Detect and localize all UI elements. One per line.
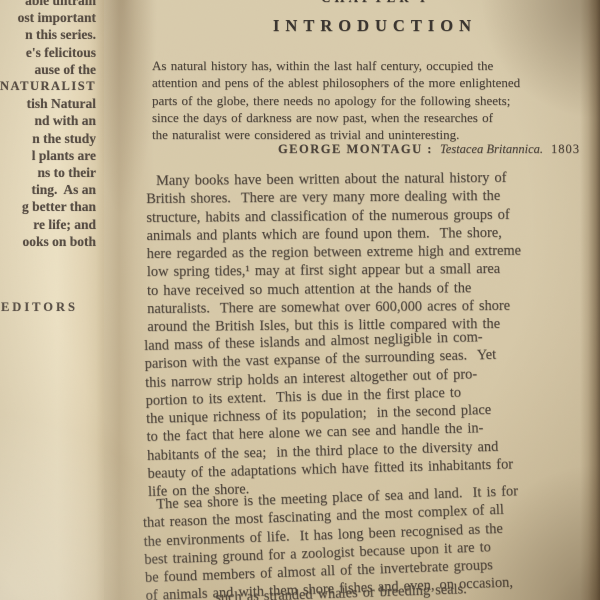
text-line: l plants are <box>0 147 96 164</box>
attribution-author: GEORGE MONTAGU : <box>278 142 433 156</box>
text-line: since the days of darkness are now past,… <box>152 109 590 126</box>
body-paragraph-1-top: Many books have been written about the n… <box>146 168 587 337</box>
body-paragraph-1-bottom: land mass of these islands and almost ne… <box>144 325 588 501</box>
text-line: ause of the <box>0 61 96 78</box>
facing-page-footer: EDITORS <box>0 300 78 315</box>
text-line: As natural history has, within the last … <box>152 57 590 74</box>
text-line: parts of the globe, there needs no apolo… <box>152 92 590 109</box>
book-page-photo: able untrainost importantn this series.e… <box>0 0 600 600</box>
text-line: the naturalist were considered as trivia… <box>152 126 590 143</box>
epigraph-attribution: GEORGE MONTAGU :Testacea Britannica.1803 <box>152 142 580 157</box>
attribution-work-title: Testacea Britannica. <box>440 142 543 156</box>
page-title: INTRODUCTION <box>150 16 600 36</box>
text-line: ting. As an <box>0 181 96 198</box>
text-line: tish Natural <box>0 95 96 112</box>
body-paragraph-2: The sea shore is the meeting place of se… <box>142 480 586 600</box>
attribution-year: 1803 <box>551 142 580 156</box>
text-line: n the study <box>0 130 96 147</box>
text-line: re life; and <box>0 216 96 233</box>
chapter-heading: CHAPTER I <box>150 0 600 6</box>
text-line: e's felicitous <box>0 44 96 61</box>
facing-page-text-fragments: able untrainost importantn this series.e… <box>0 0 96 250</box>
text-line: attention and pens of the ablest philoso… <box>152 74 590 91</box>
text-line: n this series. <box>0 26 96 43</box>
text-line: ns to their <box>0 164 96 181</box>
epigraph: As natural history has, within the last … <box>152 57 590 143</box>
text-line: ooks on both <box>0 233 96 250</box>
text-line: NATURALIST <box>0 78 96 95</box>
text-line: nd with an <box>0 112 96 129</box>
text-line: able untrain <box>0 0 96 9</box>
text-line: g better than <box>0 198 96 215</box>
text-line: ost important <box>0 9 96 26</box>
